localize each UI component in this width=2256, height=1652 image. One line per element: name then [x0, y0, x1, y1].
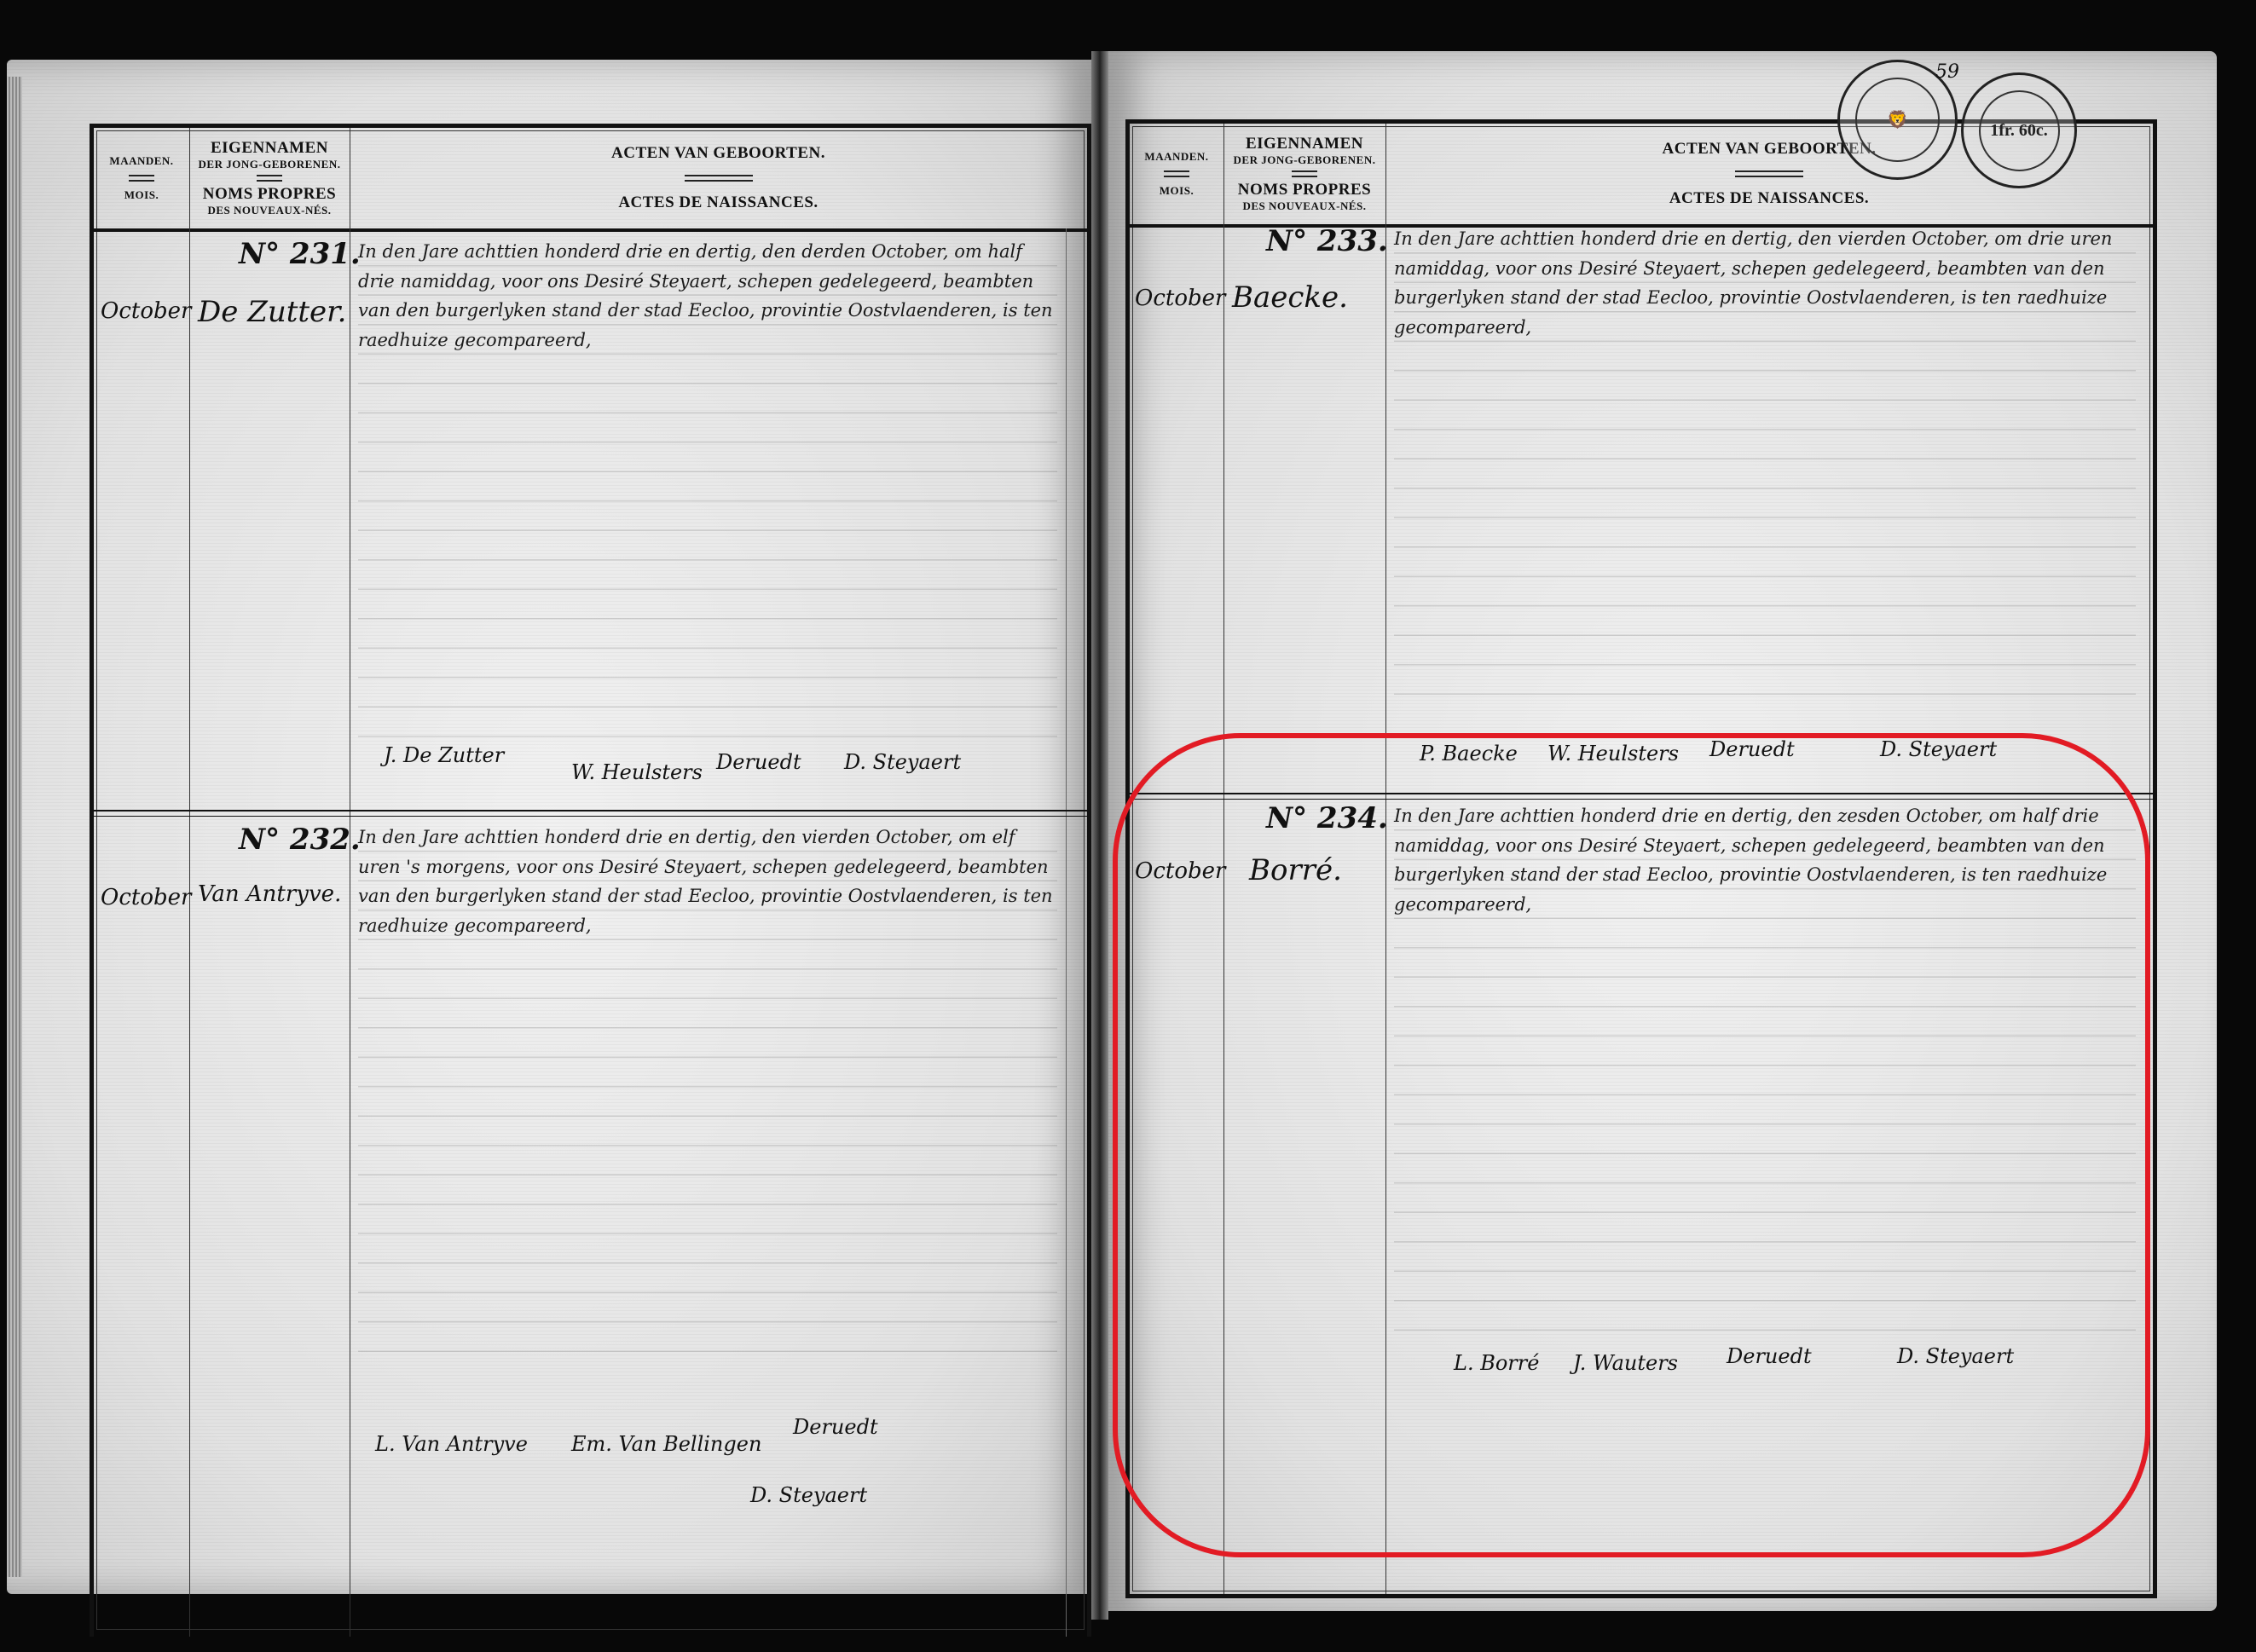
signature: W. Heulsters — [571, 760, 703, 784]
months-header: MAANDEN. MOIS. — [94, 128, 189, 228]
signature: L. Borré — [1454, 1351, 1539, 1375]
entry-number: N° 232. — [239, 823, 361, 857]
lion-emblem-icon: 🦁 — [1855, 78, 1940, 162]
entry-text: In den Jare achttien honderd drie en der… — [1394, 801, 2136, 1355]
names-header: EIGENNAMEN DER JONG-GEBORENEN. NOMS PROP… — [1223, 124, 1385, 224]
signature: J. De Zutter — [384, 743, 504, 767]
entry-surname: Borré. — [1249, 853, 1342, 887]
signature: Deruedt — [1709, 737, 1795, 761]
signature: W. Heulsters — [1547, 742, 1679, 765]
dimension-tax-stamp-icon: 1fr. 60c. — [1961, 72, 2077, 188]
book-scan: MAANDEN. MOIS. EIGENNAMEN DER JONG-GEBOR… — [0, 0, 2256, 1652]
entry-number: N° 234. — [1266, 801, 1388, 835]
signature: D. Steyaert — [1880, 737, 1997, 761]
entry-divider — [94, 810, 1087, 817]
names-header: EIGENNAMEN DER JONG-GEBORENEN. NOMS PROP… — [189, 128, 350, 228]
stamp-value: 1fr. 60c. — [1979, 90, 2060, 171]
signature: P. Baecke — [1420, 742, 1518, 765]
entry-text: In den Jare achttien honderd drie en der… — [358, 237, 1057, 740]
left-register-table: MAANDEN. MOIS. EIGENNAMEN DER JONG-GEBOR… — [90, 124, 1091, 1637]
entry-month: October — [101, 885, 191, 910]
entry-month: October — [101, 298, 191, 324]
entry-surname: De Zutter. — [198, 295, 346, 329]
entry-surname: Van Antryve. — [198, 881, 341, 907]
signature: Deruedt — [716, 750, 801, 774]
signature: Deruedt — [793, 1415, 878, 1439]
entry-number: N° 231. — [239, 237, 361, 271]
book-gutter — [1091, 51, 1108, 1620]
signature: L. Van Antryve — [375, 1432, 528, 1456]
signature: D. Steyaert — [1897, 1344, 2014, 1368]
signature: D. Steyaert — [844, 750, 961, 774]
entry-text: In den Jare achttien honderd drie en der… — [358, 823, 1057, 1377]
entry-text: In den Jare achttien honderd drie en der… — [1394, 224, 2136, 710]
acts-header: ACTEN VAN GEBOORTEN. ACTES DE NAISSANCES… — [350, 128, 1087, 228]
entry-divider — [1130, 793, 2153, 800]
page-edges — [7, 77, 22, 1577]
signature: D. Steyaert — [750, 1483, 867, 1507]
months-header: MAANDEN. MOIS. — [1130, 124, 1223, 224]
left-table-header: MAANDEN. MOIS. EIGENNAMEN DER JONG-GEBOR… — [94, 128, 1087, 232]
signature: Deruedt — [1727, 1344, 1812, 1368]
entry-surname: Baecke. — [1232, 280, 1348, 315]
entry-number: N° 233. — [1266, 224, 1388, 258]
entry-month: October — [1135, 286, 1225, 311]
signature: J. Wauters — [1573, 1351, 1678, 1375]
signature: Em. Van Bellingen — [571, 1432, 761, 1456]
entry-month: October — [1135, 858, 1225, 884]
right-register-table: MAANDEN. MOIS. EIGENNAMEN DER JONG-GEBOR… — [1125, 119, 2157, 1598]
page-number: 59 — [1935, 61, 1959, 83]
